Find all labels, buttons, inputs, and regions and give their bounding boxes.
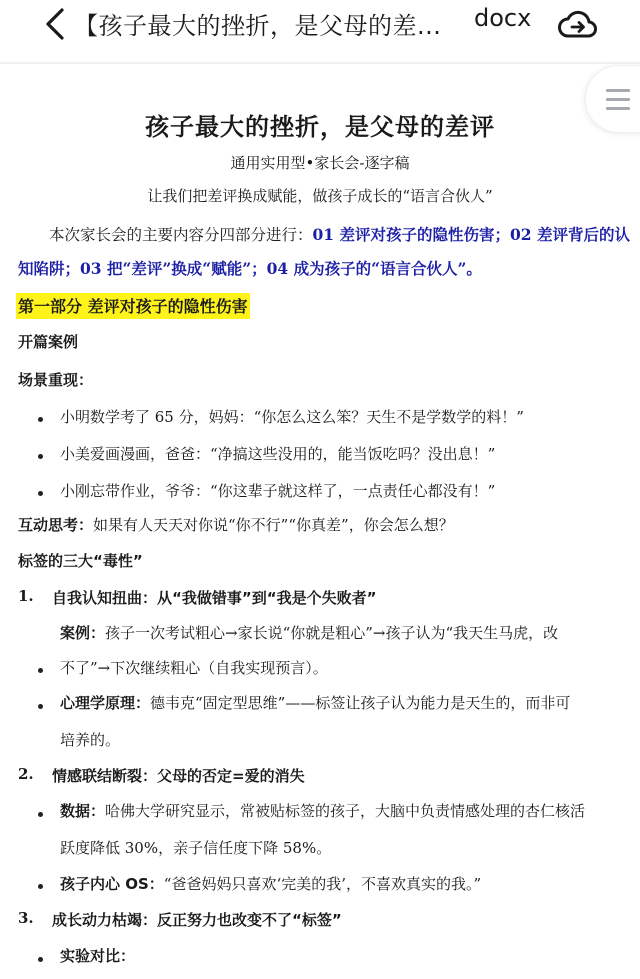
bullet — [38, 812, 43, 817]
document-title-bar: 【孩子最大的挫折，是父母的差... — [74, 6, 441, 41]
header-divider — [0, 62, 640, 64]
scene-item: 小刚忘带作业，爷爷：“你这辈子就这样了，一点责任心都没有！” — [60, 480, 495, 501]
point-title: 情感联结断裂：父母的否定=爱的消失 — [52, 765, 305, 786]
item-text: 哈佛大学研究显示，常被贴标签的孩子，大脑中负责情感处理的杏仁核活 — [105, 802, 585, 820]
cloud-save-button[interactable] — [558, 6, 598, 40]
bullet — [38, 884, 43, 889]
point-item-continued: 不了”→下次继续粗心（自我实现预言）。 — [60, 657, 328, 678]
item-text: 孩子一次考试粗心→家长说“你就是粗心”→孩子认为“我天生马虎，改 — [105, 624, 558, 642]
document-tagline: 让我们把差评换成赋能，做孩子成长的“语言合伙人” — [0, 185, 640, 206]
item-label: 孩子内心 OS： — [60, 875, 164, 893]
item-label: 案例： — [60, 624, 105, 642]
item-text: “爸爸妈妈只喜欢‘完美的我’，不喜欢真实的我。” — [164, 875, 481, 893]
point-title: 成长动力枯竭：反正努力也改变不了“标签” — [52, 909, 342, 930]
point-item: 实验对比： — [60, 945, 135, 966]
point-item: 心理学原理：德韦克“固定型思维”——标签让孩子认为能力是天生的，而非可 — [60, 692, 570, 713]
point-item: 数据：哈佛大学研究显示，常被贴标签的孩子，大脑中负责情感处理的杏仁核活 — [60, 800, 585, 821]
toxicity-title: 标签的三大“毒性” — [18, 550, 143, 571]
point-item-continued: 培养的。 — [60, 729, 120, 750]
point-title: 自我认知扭曲：从“我做错事”到“我是个失败者” — [52, 587, 376, 608]
point-item: 孩子内心 OS：“爸爸妈妈只喜欢‘完美的我’，不喜欢真实的我。” — [60, 873, 481, 894]
back-button[interactable] — [40, 6, 70, 42]
point-item-continued: 跃度降低 30%，亲子信任度下降 58%。 — [60, 837, 331, 858]
item-text: 德韦克“固定型思维”——标签让孩子认为能力是天生的，而非可 — [150, 694, 570, 712]
bullet — [38, 668, 43, 673]
intro-lead: 本次家长会的主要内容分四部分进行： — [49, 226, 313, 244]
section-heading: 第一部分 差评对孩子的隐性伤害 — [16, 293, 250, 319]
opening-case-label: 开篇案例 — [18, 331, 78, 352]
bullet — [38, 454, 43, 459]
document-subtitle: 通用实用型•家长会-逐字稿 — [0, 152, 640, 173]
interactive-text: 如果有人天天对你说“你不行”“你真差”，你会怎么想？ — [93, 516, 454, 534]
bullet — [38, 491, 43, 496]
item-label: 数据： — [60, 802, 105, 820]
scene-item: 小美爱画漫画，爸爸：“净搞这些没用的，能当饭吃吗？没出息！” — [60, 443, 495, 464]
file-extension: docx — [474, 4, 531, 32]
scene-item: 小明数学考了 65 分，妈妈：“你怎么这么笨？天生不是学数学的料！” — [60, 406, 524, 427]
point-number: 3. — [18, 909, 34, 927]
top-bar: 【孩子最大的挫折，是父母的差... docx — [0, 0, 640, 50]
point-number: 2. — [18, 765, 34, 783]
point-item: 案例：孩子一次考试粗心→家长说“你就是粗心”→孩子认为“我天生马虎，改 — [60, 622, 558, 643]
item-label: 心理学原理： — [60, 694, 150, 712]
cloud-upload-arrow-icon — [558, 6, 598, 40]
bullet — [38, 417, 43, 422]
bullet — [38, 957, 43, 962]
item-label: 实验对比： — [60, 947, 135, 965]
bullet — [38, 704, 43, 709]
point-number: 1. — [18, 587, 34, 605]
interactive-label: 互动思考： — [18, 516, 93, 534]
chevron-left-icon — [40, 6, 70, 42]
interactive-question: 互动思考：如果有人天天对你说“你不行”“你真差”，你会怎么想？ — [18, 514, 454, 535]
intro-paragraph: 本次家长会的主要内容分四部分进行：01 差评对孩子的隐性伤害；02 差评背后的认… — [18, 218, 630, 286]
document-heading: 孩子最大的挫折，是父母的差评 — [0, 107, 640, 142]
scene-label: 场景重现： — [18, 369, 93, 390]
